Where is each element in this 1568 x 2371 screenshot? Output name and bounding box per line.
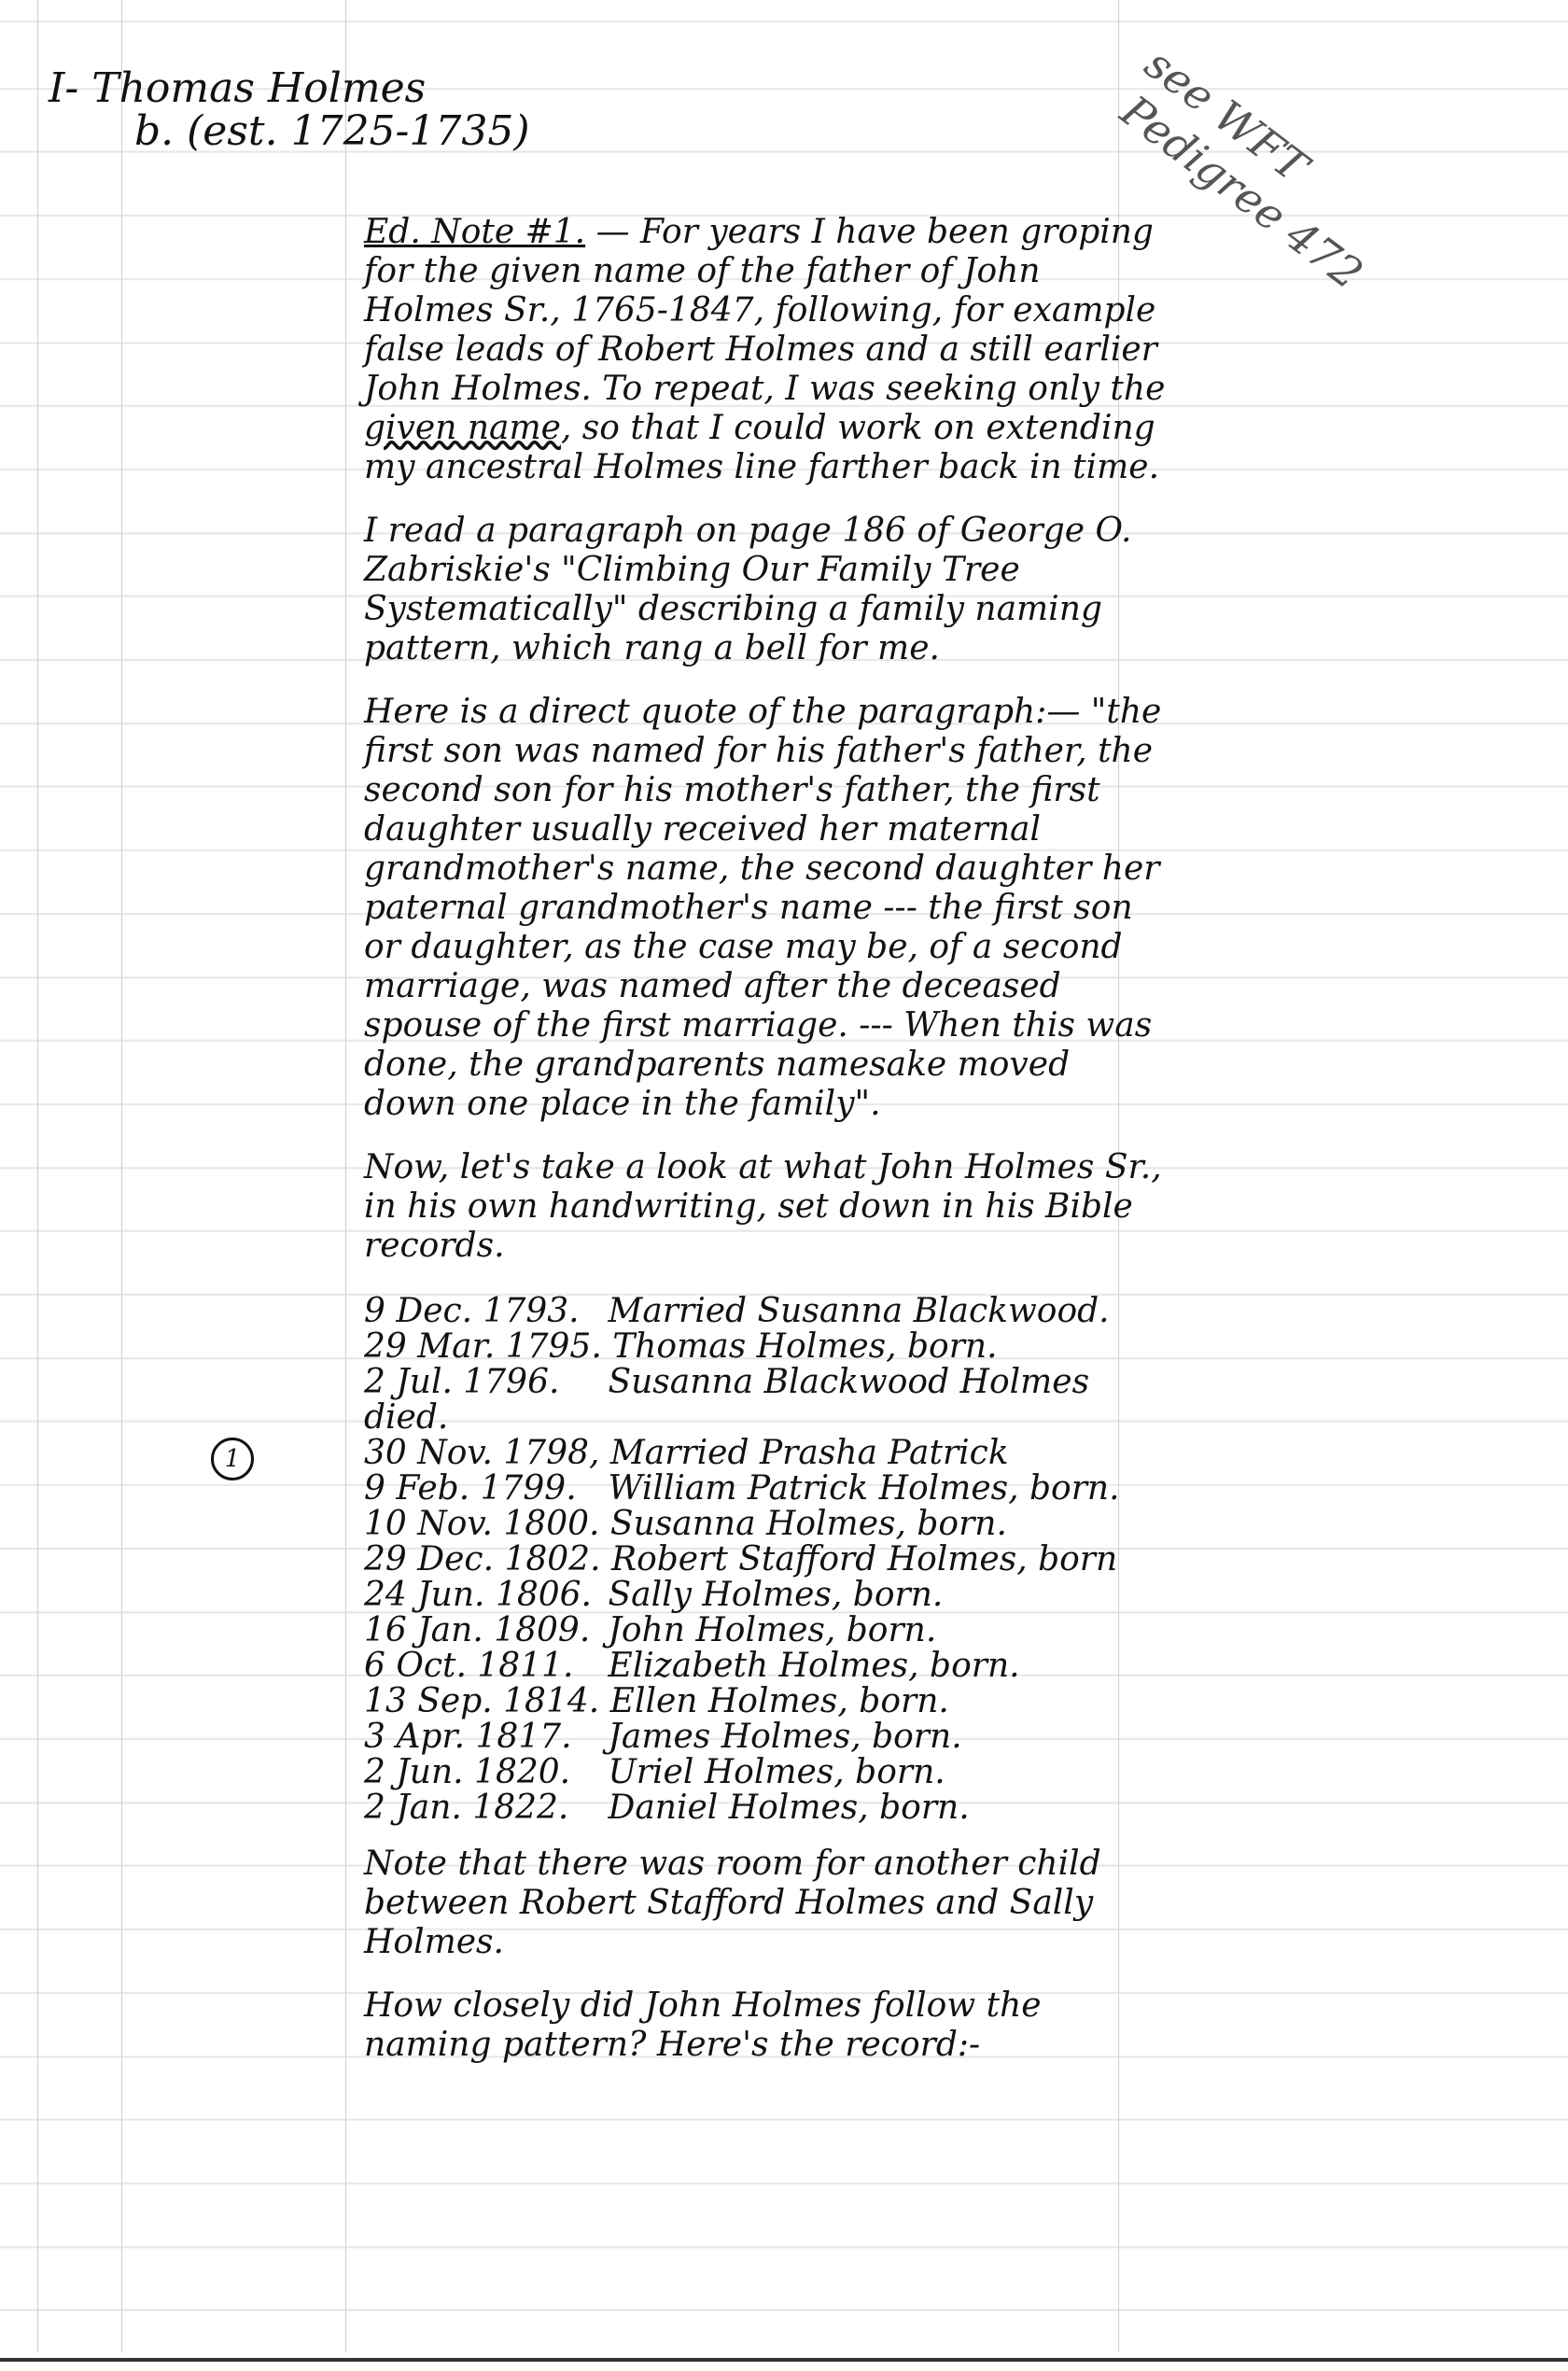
record-entry: 2 Jul. 1796. Susanna Blackwood Holmes di… (364, 1365, 1167, 1436)
paragraph-quote: Here is a direct quote of the paragraph:… (364, 693, 1167, 1124)
record-entry: 3 Apr. 1817. James Holmes, born. (364, 1719, 1167, 1755)
paragraph-book-reference: I read a paragraph on page 186 of George… (364, 512, 1167, 668)
page-heading: I- Thomas Holmes b. (est. 1725-1735) (49, 67, 530, 153)
ed-note-label: Ed. Note #1. (364, 213, 585, 251)
ed-note-paragraph: Ed. Note #1. — For years I have been gro… (364, 213, 1167, 487)
paragraph-question: How closely did John Holmes follow the n… (364, 1986, 1167, 2065)
record-entry: 2 Jan. 1822. Daniel Holmes, born. (364, 1790, 1167, 1826)
heading-subtitle: b. (est. 1725-1735) (49, 110, 530, 153)
circled-number-marker: 1 (211, 1438, 254, 1480)
body-text: Ed. Note #1. — For years I have been gro… (364, 213, 1167, 2089)
record-entry: 29 Dec. 1802. Robert Stafford Holmes, bo… (364, 1542, 1167, 1578)
record-entry: 10 Nov. 1800. Susanna Holmes, born. (364, 1507, 1167, 1542)
record-entry: 9 Feb. 1799. William Patrick Holmes, bor… (364, 1471, 1167, 1507)
record-entry: 6 Oct. 1811. Elizabeth Holmes, born. (364, 1648, 1167, 1684)
paragraph-note-gap: Note that there was room for another chi… (364, 1845, 1167, 1962)
ed-note-emphasis: given name (364, 409, 561, 447)
record-entry: 24 Jun. 1806. Sally Holmes, born. (364, 1578, 1167, 1613)
heading-title: I- Thomas Holmes (49, 64, 426, 112)
margin-line-text (345, 0, 346, 2352)
margin-line-outer (37, 0, 38, 2352)
record-entry: 9 Dec. 1793. Married Susanna Blackwood. (364, 1294, 1167, 1329)
record-entry: 13 Sep. 1814. Ellen Holmes, born. (364, 1684, 1167, 1719)
document-page: I- Thomas Holmes b. (est. 1725-1735) see… (0, 0, 1568, 2371)
record-entry: 2 Jun. 1820. Uriel Holmes, born. (364, 1755, 1167, 1790)
record-entry: 16 Jan. 1809. John Holmes, born. (364, 1613, 1167, 1648)
record-entry: 30 Nov. 1798, Married Prasha Patrick (364, 1436, 1167, 1471)
bible-records-list: 9 Dec. 1793. Married Susanna Blackwood. … (364, 1294, 1167, 1826)
paragraph-bible-intro: Now, let's take a look at what John Holm… (364, 1148, 1167, 1266)
margin-line-left (121, 0, 122, 2352)
page-bottom-edge (0, 2358, 1568, 2362)
record-entry: 29 Mar. 1795. Thomas Holmes, born. (364, 1329, 1167, 1365)
